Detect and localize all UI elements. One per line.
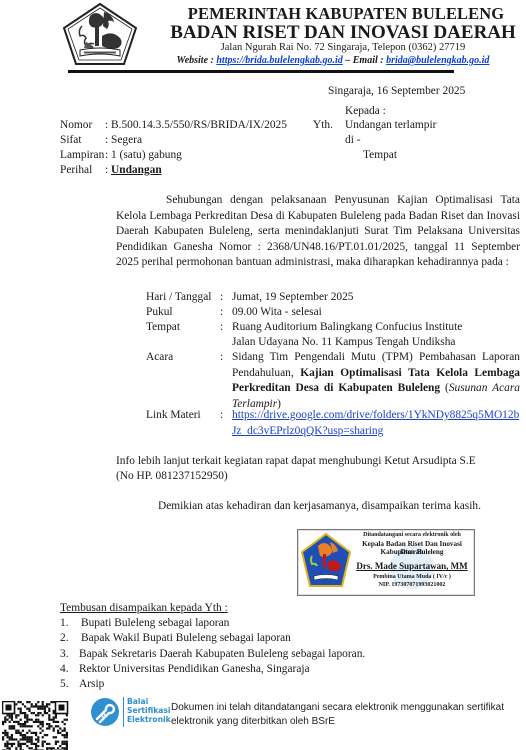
detail-colon: : bbox=[220, 350, 223, 364]
bsre-divider bbox=[123, 697, 124, 727]
tembusan-title: Tembusan disampaikan kepada Yth : bbox=[60, 601, 228, 615]
email-label: – Email : bbox=[343, 55, 386, 66]
header-contact: Website : https://brida.bulelengkab.go.i… bbox=[140, 55, 526, 66]
buleleng-crest-color-icon bbox=[300, 532, 352, 590]
paren-open: ( bbox=[440, 382, 449, 394]
website-label: Website : bbox=[177, 55, 217, 66]
materi-link[interactable]: https://drive.google.com/drive/folders/1… bbox=[232, 409, 519, 437]
header-address: Jalan Ngurah Rai No. 72 Singaraja, Telep… bbox=[150, 42, 526, 53]
tembusan-item: Bapak Wakil Bupati Buleleng sebagai lapo… bbox=[81, 631, 291, 645]
tembusan-num: 5. bbox=[60, 677, 69, 691]
detail-label-link: Link Materi bbox=[146, 408, 201, 422]
signer-rank: Pembina Utama Muda ( IV/c ) bbox=[350, 574, 474, 580]
bsre-wordmark: Balai Sertifikasi Elektronik bbox=[127, 697, 171, 724]
header-title-agency: BADAN RISET DAN INOVASI DAERAH bbox=[150, 22, 526, 44]
website-link[interactable]: https://brida.bulelengkab.go.id bbox=[216, 55, 342, 66]
recipient-name: Undangan terlampir bbox=[345, 118, 436, 132]
tembusan-item: Bupati Buleleng sebagai laporan bbox=[81, 616, 229, 630]
detail-value-acara: Sidang Tim Pengendali Mutu (TPM) Pembaha… bbox=[232, 350, 520, 412]
detail-colon: : bbox=[220, 408, 223, 422]
meta-label-lampiran: Lampiran bbox=[60, 148, 104, 162]
detail-value-tempat-line2: Jalan Udayana No. 11 Kampus Tengah Undik… bbox=[232, 335, 455, 349]
opening-paragraph: Sehubungan dengan pelaksanaan Penyusunan… bbox=[116, 193, 520, 271]
info-line2: (No HP. 081237152950) bbox=[116, 469, 228, 483]
detail-colon: : bbox=[220, 320, 223, 334]
detail-label-acara: Acara bbox=[146, 350, 173, 364]
tembusan-item: Arsip bbox=[79, 677, 104, 691]
meta-value-lampiran: : 1 (satu) gabung bbox=[105, 148, 182, 162]
recipient-kepada: Kepada : bbox=[345, 104, 386, 118]
qr-code-icon[interactable] bbox=[2, 701, 70, 750]
detail-value-tempat-line1: Ruang Auditorium Balingkang Confucius In… bbox=[232, 320, 462, 334]
detail-label-pukul: Pukul bbox=[146, 305, 173, 319]
meta-value-perihal: : Undangan bbox=[105, 163, 162, 177]
footer-note-line2: elektronik yang diterbitkan oleh BSrE bbox=[171, 715, 504, 729]
bsre-line2: Sertifikasi bbox=[127, 706, 171, 715]
tembusan-item: Bapak Sekretaris Daerah Kabupaten Bulele… bbox=[79, 647, 365, 661]
footer-esign-note: Dokumen ini telah ditandatangani secara … bbox=[171, 701, 504, 729]
signer-position-line2: Kabupaten Buleleng bbox=[350, 548, 474, 556]
signer-nip: NIP. 197307071993021002 bbox=[350, 582, 474, 588]
tembusan-num: 4. bbox=[60, 662, 69, 676]
buleleng-crest-icon bbox=[62, 2, 138, 66]
detail-value-pukul: 09.00 Wita - selesai bbox=[232, 305, 322, 319]
header-divider bbox=[68, 70, 454, 73]
detail-colon: : bbox=[220, 305, 223, 319]
bsre-line1: Balai bbox=[127, 697, 171, 706]
meta-value-nomor: : B.500.14.3.5/550/RS/BRIDA/IX/2025 bbox=[105, 118, 287, 132]
detail-value-link: https://drive.google.com/drive/folders/1… bbox=[232, 408, 522, 439]
tembusan-num: 2. bbox=[60, 631, 69, 645]
bsre-line3: Elektronik bbox=[127, 715, 171, 724]
letter-date: Singaraja, 16 September 2025 bbox=[328, 84, 465, 98]
email-link[interactable]: brida@bulelengkab.go.id bbox=[386, 55, 489, 66]
recipient-di: di - bbox=[345, 133, 361, 147]
tembusan-num: 3. bbox=[60, 647, 69, 661]
detail-label-hari: Hari / Tanggal bbox=[146, 290, 211, 304]
footer-note-line1: Dokumen ini telah ditandatangani secara … bbox=[171, 701, 504, 715]
signed-note: Ditandatangani secara elektronik oleh bbox=[350, 532, 474, 538]
info-line1: Info lebih lanjut terkait kegiatan rapat… bbox=[116, 454, 476, 468]
detail-value-hari: Jumat, 19 September 2025 bbox=[232, 290, 353, 304]
detail-colon: : bbox=[220, 290, 223, 304]
tembusan-item: Rektor Universitas Pendidikan Ganesha, S… bbox=[79, 662, 310, 676]
recipient-tempat: Tempat bbox=[363, 148, 397, 162]
meta-label-sifat: Sifat bbox=[60, 133, 82, 147]
perihal-text: Undangan bbox=[111, 164, 162, 176]
recipient-yth: Yth. bbox=[313, 118, 333, 132]
meta-label-perihal: Perihal bbox=[60, 163, 92, 177]
signer-name: Drs. Made Supartawan, MM bbox=[350, 561, 474, 571]
meta-value-sifat: : Segera bbox=[105, 133, 142, 147]
meta-label-nomor: Nomor bbox=[60, 118, 92, 132]
tembusan-num: 1. bbox=[60, 616, 69, 630]
detail-label-tempat: Tempat bbox=[146, 320, 180, 334]
header-title-government: PEMERINTAH KABUPATEN BULELENG bbox=[140, 4, 526, 24]
opening-paragraph-text: Sehubungan dengan pelaksanaan Penyusunan… bbox=[116, 194, 520, 268]
bsre-logo-icon bbox=[90, 697, 120, 727]
closing-sentence: Demikian atas kehadiran dan kerjasamanya… bbox=[158, 499, 481, 513]
